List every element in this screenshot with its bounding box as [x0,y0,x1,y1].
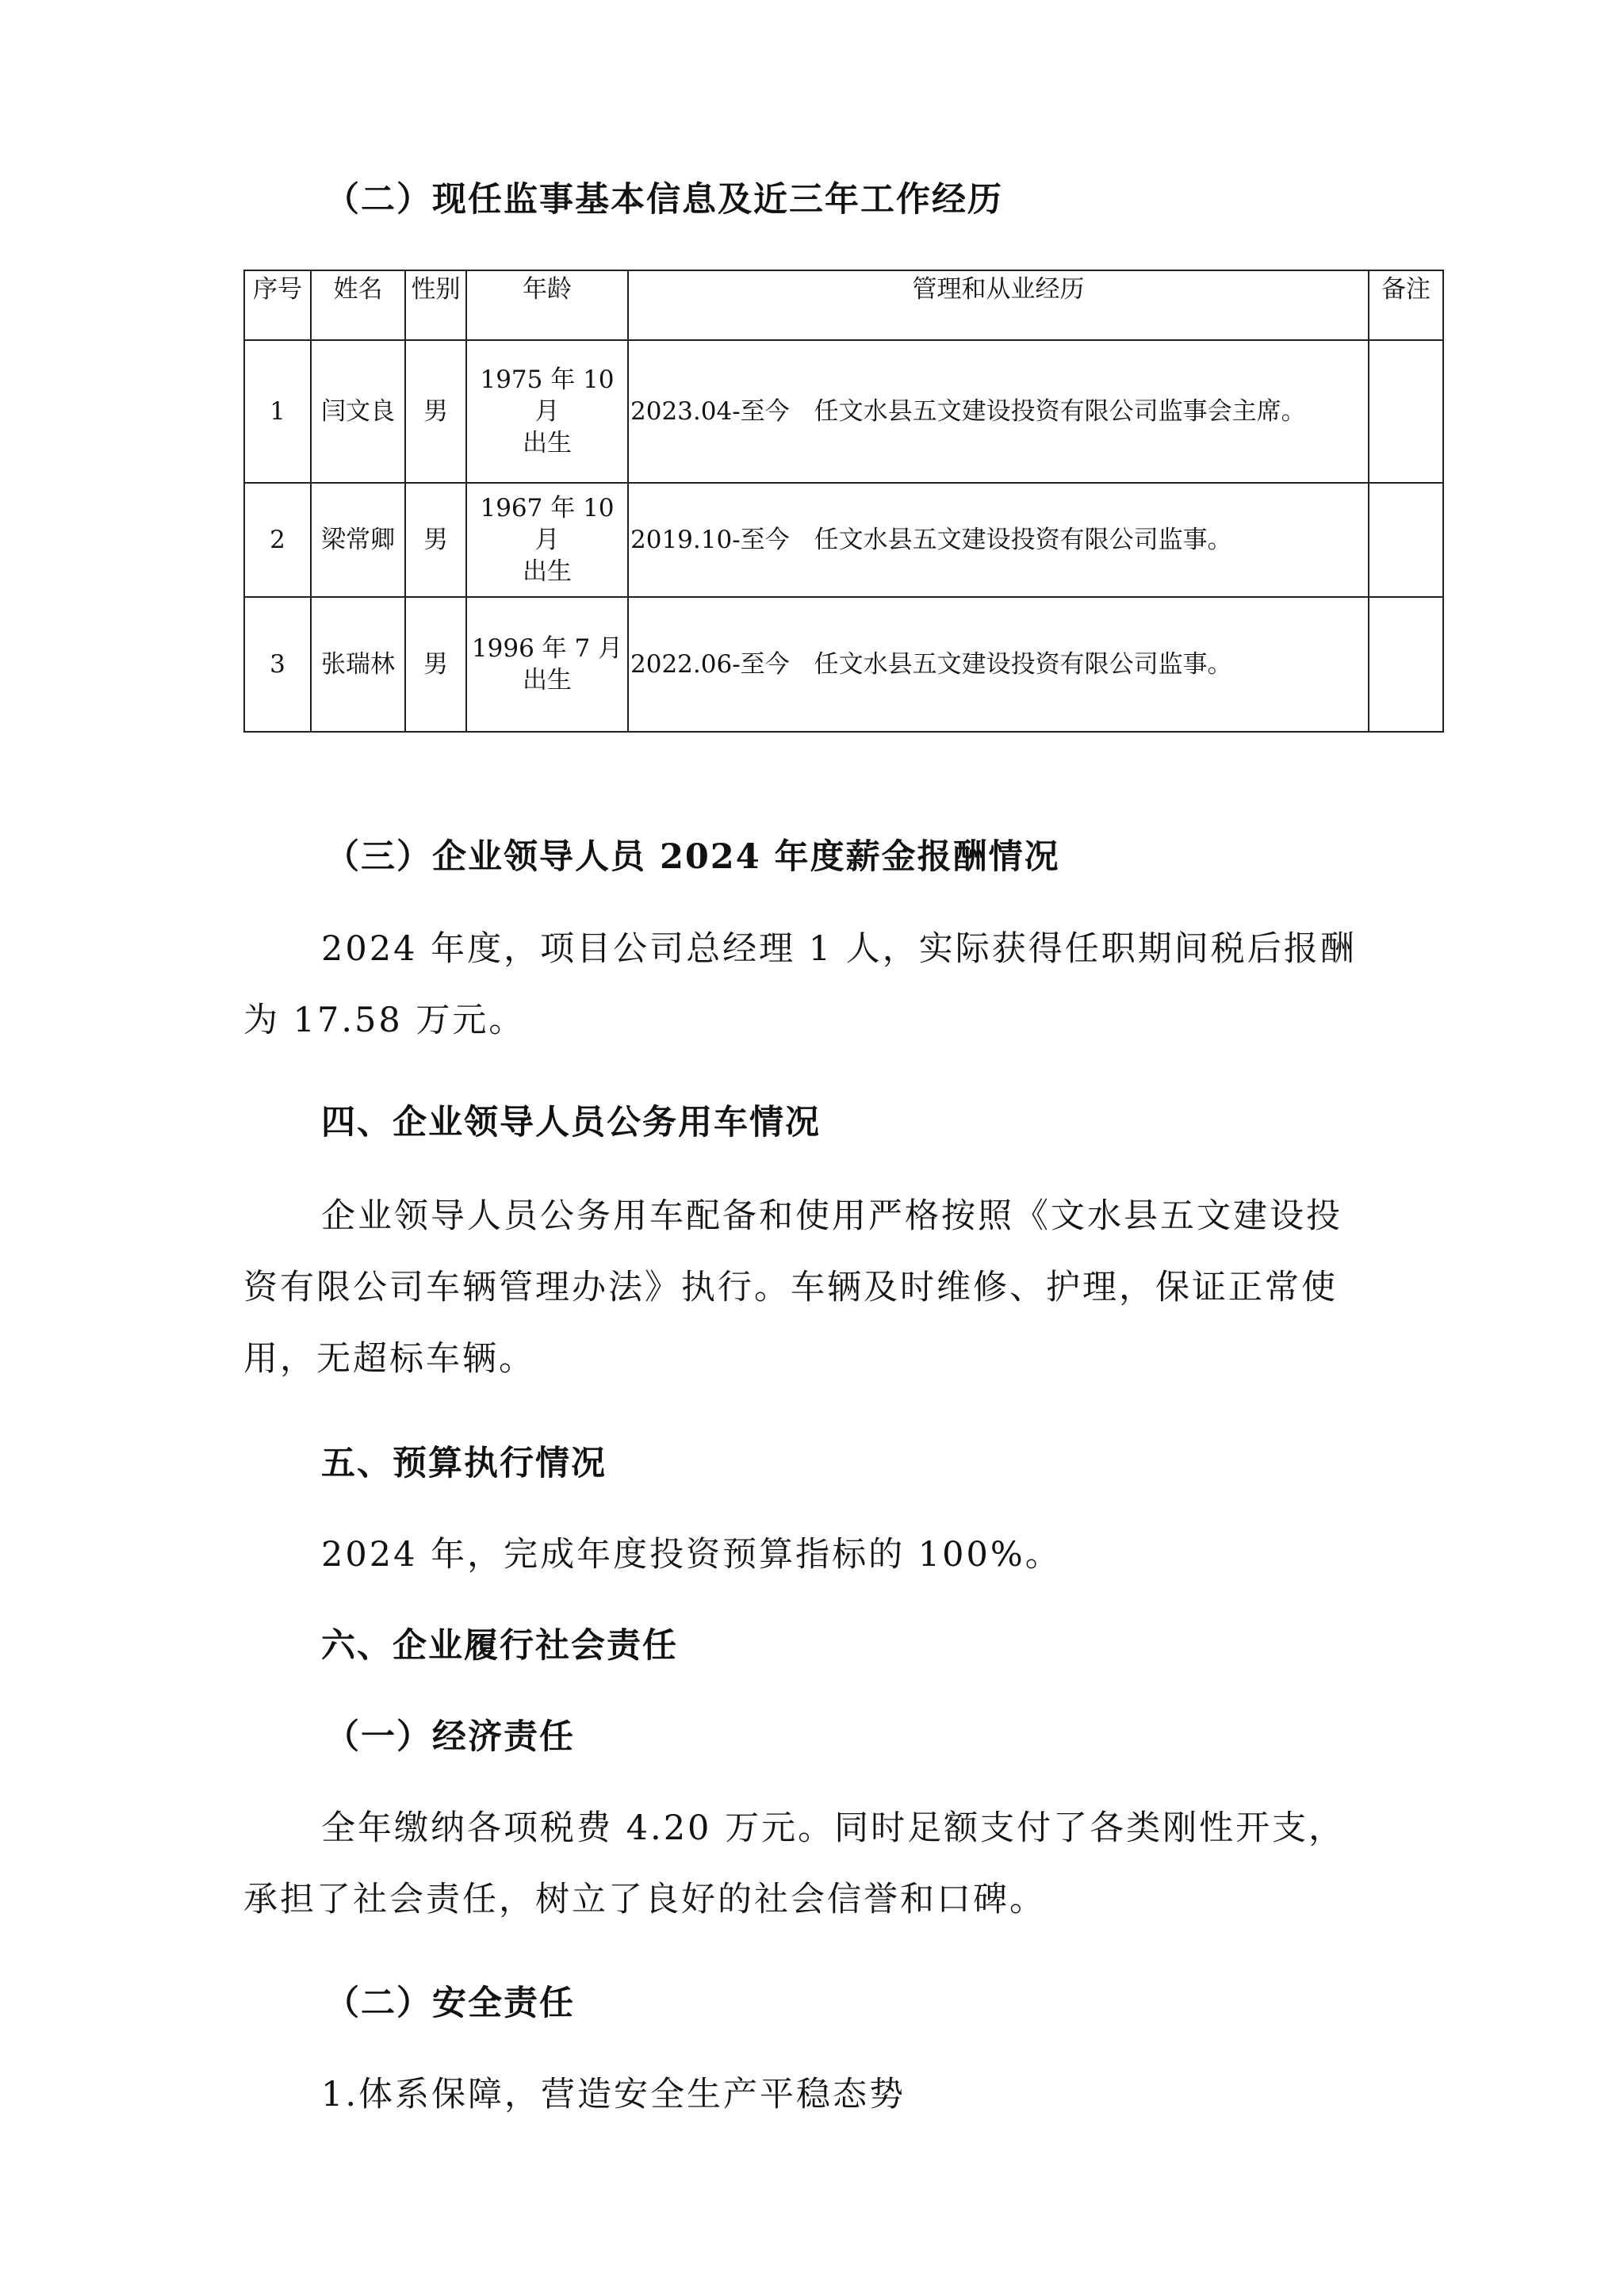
cell-gender: 男 [405,597,466,732]
cell-experience: 2019.10-至今 任文水县五文建设投资有限公司监事。 [628,483,1369,597]
cell-age: 1967 年 10 月 出生 [466,483,628,597]
supervisors-section-title: （二）现任监事基本信息及近三年工作经历 [325,173,1003,221]
cell-age: 1996 年 7 月 出生 [466,597,628,732]
cell-name: 闫文良 [311,340,405,483]
age-line1: 1975 年 10 月 [467,364,627,427]
table-row: 3 张瑞林 男 1996 年 7 月 出生 2022.06-至今 任文水县五文建… [244,597,1443,732]
cell-gender: 男 [405,340,466,483]
supervisors-table: 序号 姓名 性别 年龄 管理和从业经历 备注 1 闫文良 男 1975 年 10… [243,270,1444,733]
header-name: 姓名 [311,270,405,340]
cell-no: 2 [244,483,311,597]
economic-heading: （一）经济责任 [325,1710,575,1758]
car-paragraph-line2: 资有限公司车辆管理办法》执行。车辆及时维修、护理，保证正常使 [243,1261,1338,1309]
table-row: 2 梁常卿 男 1967 年 10 月 出生 2019.10-至今 任文水县五文… [244,483,1443,597]
header-age: 年龄 [466,270,628,340]
age-line2: 出生 [467,664,627,696]
header-experience: 管理和从业经历 [628,270,1369,340]
cell-note [1369,597,1443,732]
cell-no: 1 [244,340,311,483]
cell-note [1369,483,1443,597]
safety-item-1: 1.体系保障，营造安全生产平稳态势 [321,2068,906,2116]
cell-age: 1975 年 10 月 出生 [466,340,628,483]
header-no: 序号 [244,270,311,340]
cell-name: 张瑞林 [311,597,405,732]
salary-paragraph-line2: 为 17.58 万元。 [243,993,525,1042]
age-line2: 出生 [467,427,627,459]
social-heading: 六、企业履行社会责任 [321,1619,678,1667]
header-gender: 性别 [405,270,466,340]
safety-heading: （二）安全责任 [325,1976,575,2025]
cell-name: 梁常卿 [311,483,405,597]
economic-paragraph-line1: 全年缴纳各项税费 4.20 万元。同时足额支付了各类刚性开支， [321,1801,1345,1850]
cell-gender: 男 [405,483,466,597]
budget-paragraph: 2024 年，完成年度投资预算指标的 100%。 [321,1528,1062,1576]
salary-heading: （三）企业领导人员 2024 年度薪金报酬情况 [325,830,1060,878]
salary-paragraph-line1: 2024 年度，项目公司总经理 1 人，实际获得任职期间税后报酬 [321,922,1357,970]
table-header-row: 序号 姓名 性别 年龄 管理和从业经历 备注 [244,270,1443,340]
age-line1: 1996 年 7 月 [467,633,627,664]
cell-note [1369,340,1443,483]
car-paragraph-line1: 企业领导人员公务用车配备和使用严格按照《文水县五文建设投 [321,1189,1342,1238]
budget-heading: 五、预算执行情况 [321,1437,607,1485]
cell-experience: 2022.06-至今 任文水县五文建设投资有限公司监事。 [628,597,1369,732]
economic-paragraph-line2: 承担了社会责任，树立了良好的社会信誉和口碑。 [243,1873,1046,1921]
car-heading: 四、企业领导人员公务用车情况 [321,1096,821,1144]
header-note: 备注 [1369,270,1443,340]
age-line1: 1967 年 10 月 [467,492,627,556]
table-row: 1 闫文良 男 1975 年 10 月 出生 2023.04-至今 任文水县五文… [244,340,1443,483]
car-paragraph-line3: 用，无超标车辆。 [243,1332,535,1380]
age-line2: 出生 [467,556,627,587]
cell-no: 3 [244,597,311,732]
cell-experience: 2023.04-至今 任文水县五文建设投资有限公司监事会主席。 [628,340,1369,483]
